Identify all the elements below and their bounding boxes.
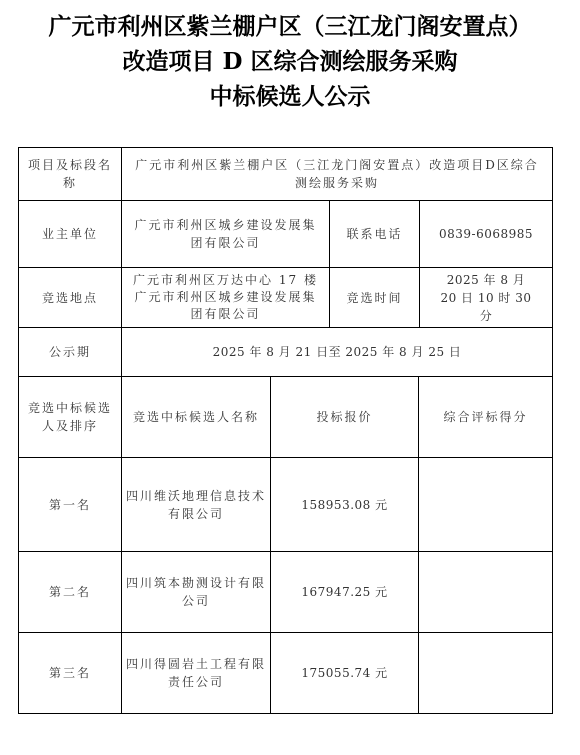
rank-2: 第二名 [18, 551, 122, 633]
rank-3: 第三名 [18, 632, 122, 714]
title-line-3: 中标候选人公示 [0, 82, 580, 112]
phone-label: 联系电话 [329, 200, 420, 268]
candidate-name-3: 四川得圆岩土工程有限责任公司 [121, 632, 271, 714]
bid-price-2: 167947.25 元 [270, 551, 419, 633]
candidate-name-1: 四川维沃地理信息技术有限公司 [121, 457, 271, 552]
bid-price-3: 175055.74 元 [270, 632, 419, 714]
project-label: 项目及标段名称 [18, 147, 122, 201]
owner-value: 广元市利州区城乡建设发展集团有限公司 [121, 200, 330, 268]
title-line-2: 改造项目 D 区综合测绘服务采购 [0, 47, 580, 77]
header-score: 综合评标得分 [418, 376, 553, 458]
period-value: 2025 年 8 月 21 日至 2025 年 8 月 25 日 [121, 327, 553, 377]
announcement-table: 项目及标段名称 广元市利州区紫兰棚户区（三江龙门阁安置点）改造项目D区综合测绘服… [18, 147, 553, 714]
location-value: 广元市利州区万达中心 17 楼广元市利州区城乡建设发展集团有限公司 [121, 267, 330, 328]
score-2 [418, 551, 553, 633]
bid-price-1: 158953.08 元 [270, 457, 419, 552]
score-3 [418, 632, 553, 714]
title-line-1: 广元市利州区紫兰棚户区（三江龙门阁安置点） [0, 12, 580, 42]
header-name: 竞选中标候选人名称 [121, 376, 271, 458]
period-label: 公示期 [18, 327, 122, 377]
header-price: 投标报价 [270, 376, 419, 458]
location-label: 竞选地点 [18, 267, 122, 328]
project-value: 广元市利州区紫兰棚户区（三江龙门阁安置点）改造项目D区综合测绘服务采购 [121, 147, 553, 201]
rank-1: 第一名 [18, 457, 122, 552]
candidate-name-2: 四川筑本勘测设计有限公司 [121, 551, 271, 633]
time-value: 2025 年 8 月 20 日 10 时 30 分 [419, 267, 553, 328]
header-rank: 竞选中标候选人及排序 [18, 376, 122, 458]
phone-value: 0839-6068985 [419, 200, 553, 268]
owner-label: 业主单位 [18, 200, 122, 268]
score-1 [418, 457, 553, 552]
time-label: 竞选时间 [329, 267, 420, 328]
